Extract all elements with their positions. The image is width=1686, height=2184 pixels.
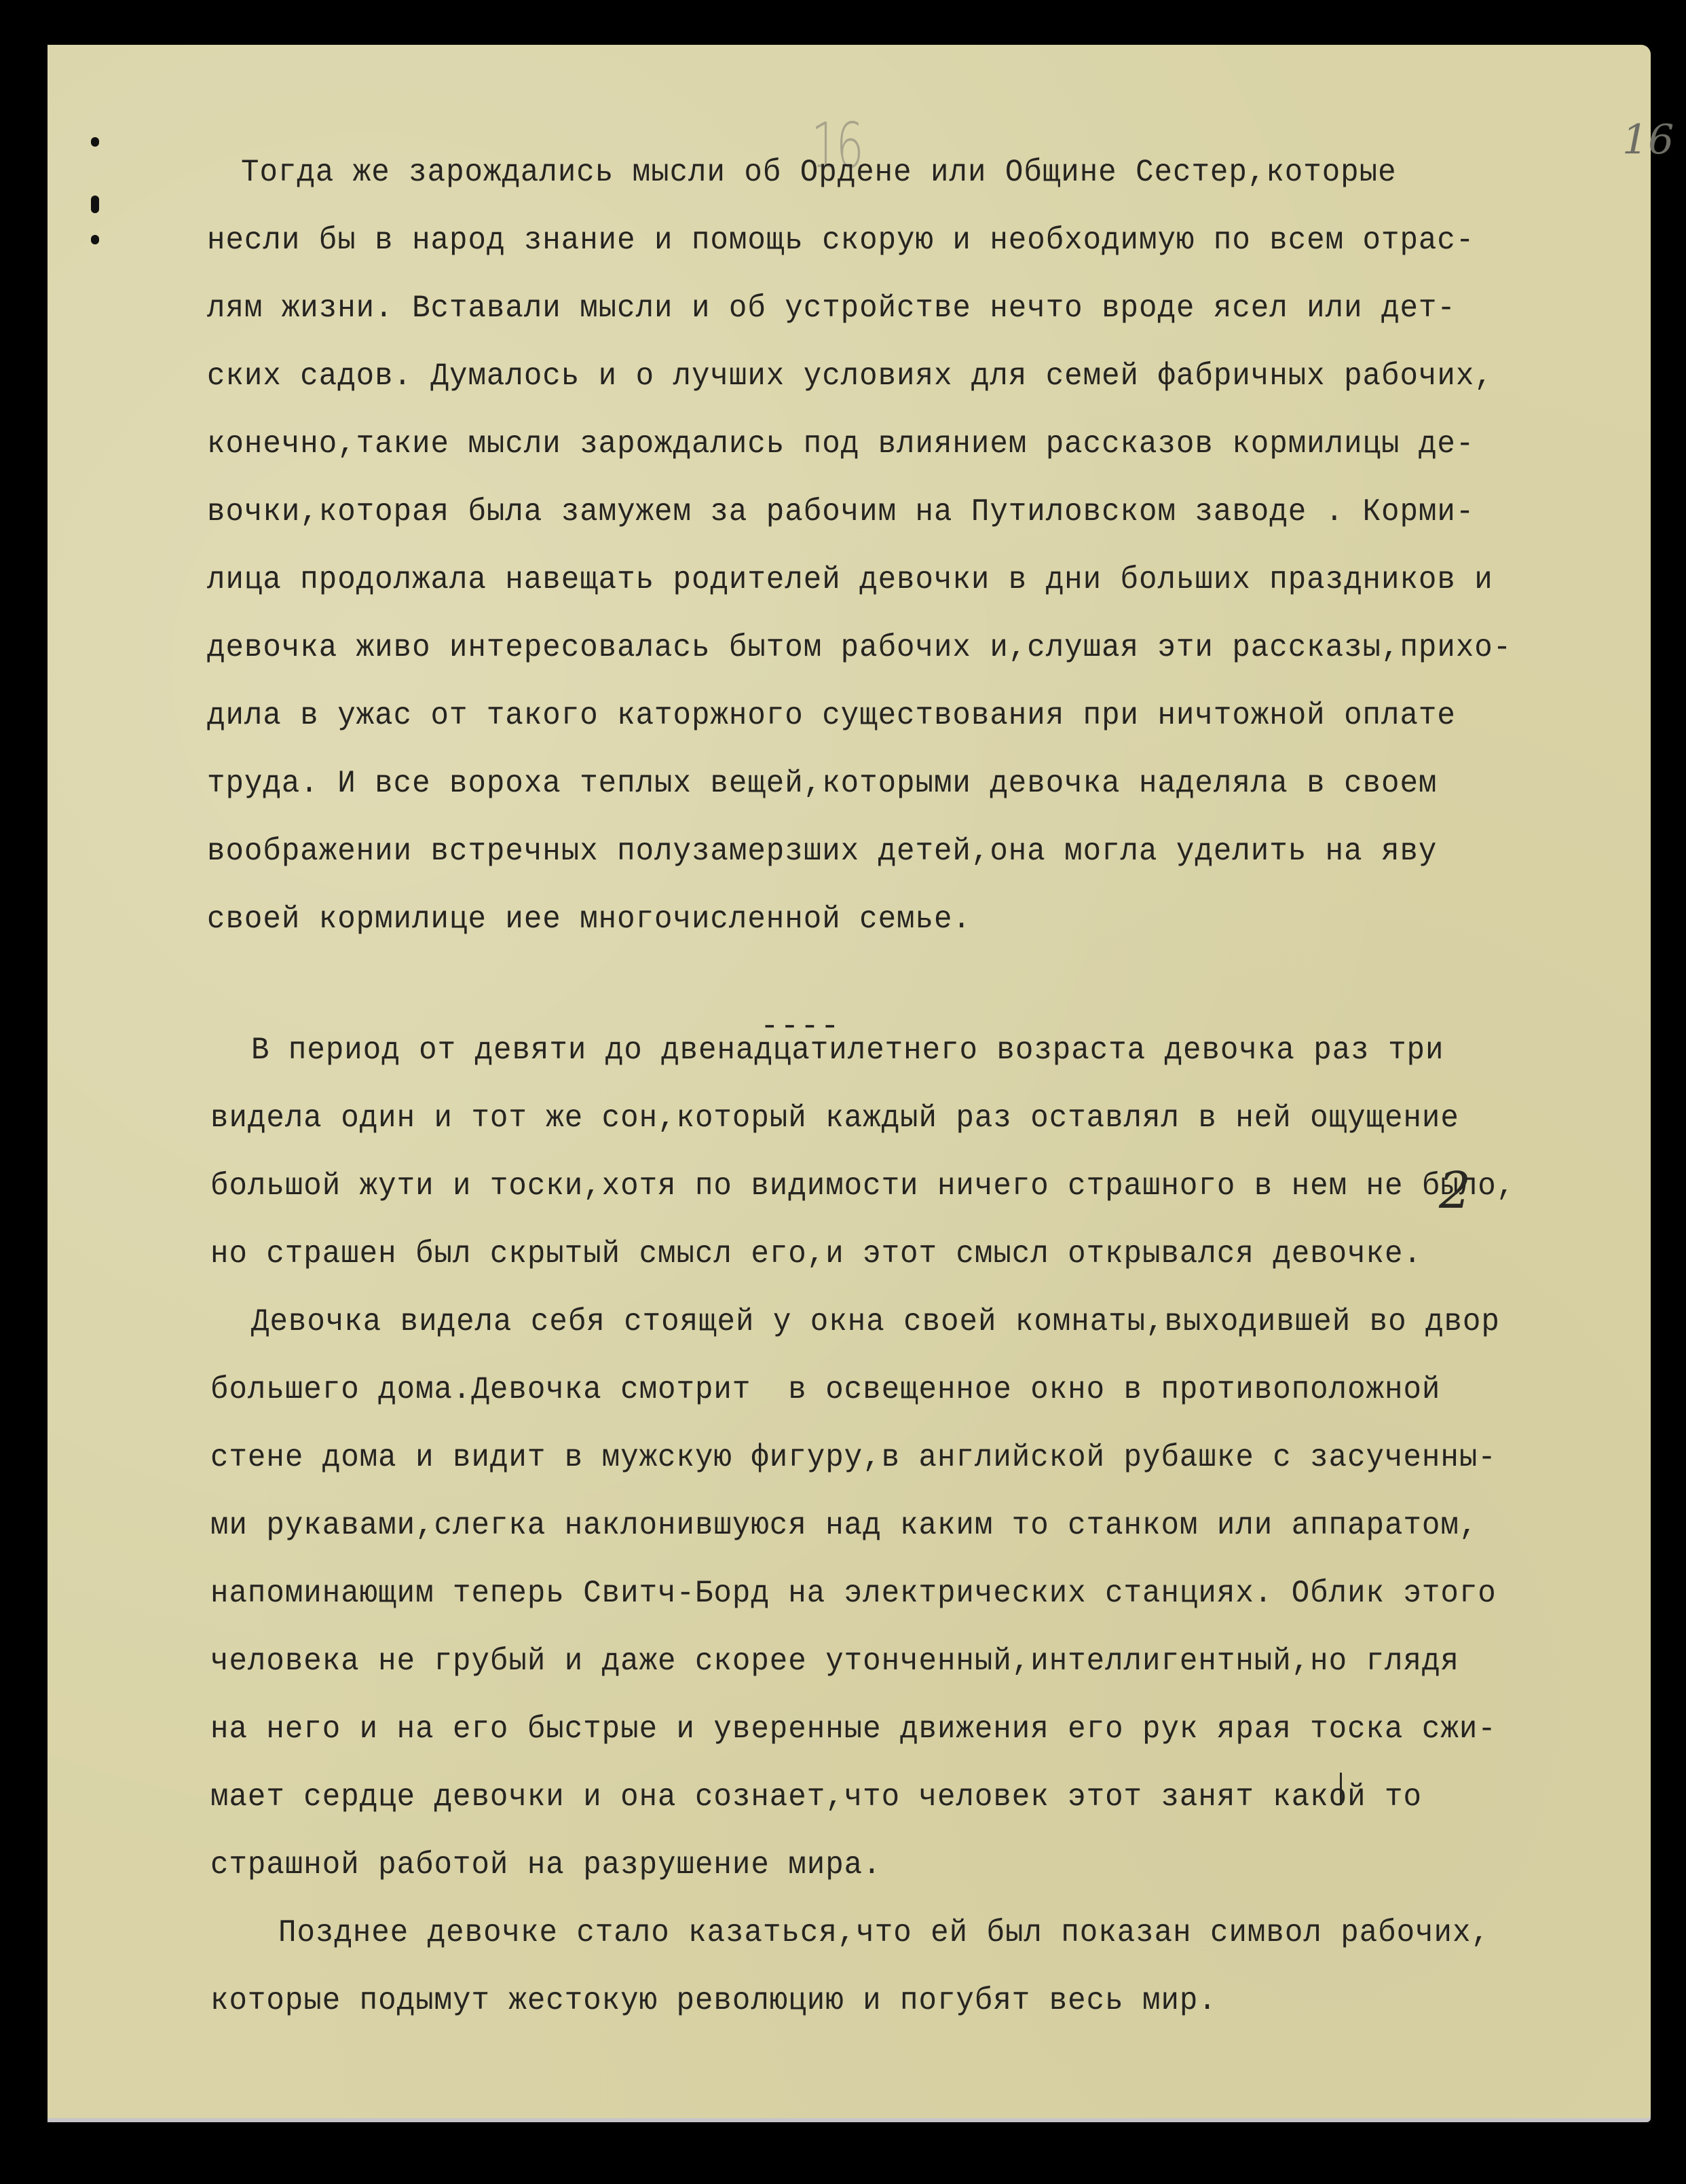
text-line: В период от девяти до двенадцатилетнего … bbox=[251, 1033, 1444, 1068]
punch-hole-mark bbox=[91, 196, 99, 213]
typewritten-page: 16 16 Тогда же зарождались мысли об Орде… bbox=[48, 45, 1651, 2122]
text-line: дила в ужас от такого каторжного существ… bbox=[207, 698, 1456, 733]
text-line: на него и на его быстрые и уверенные дви… bbox=[210, 1711, 1497, 1747]
text-line: вочки,которая была замужем за рабочим на… bbox=[207, 494, 1474, 530]
punch-hole-mark bbox=[91, 137, 99, 147]
text-line: которые подымут жестокую революцию и пог… bbox=[210, 1983, 1217, 2018]
folio-number: 16 bbox=[1622, 116, 1674, 164]
text-line: Тогда же зарождались мысли об Ордене или… bbox=[241, 155, 1397, 190]
text-line: ми рукавами,слегка наклонившуюся над как… bbox=[210, 1508, 1478, 1543]
text-line: стене дома и видит в мужскую фигуру,в ан… bbox=[210, 1440, 1497, 1475]
text-line: лям жизни. Вставали мысли и об устройств… bbox=[207, 291, 1456, 326]
punch-hole-mark bbox=[91, 235, 99, 244]
text-line: но страшен был скрытый смысл его,и этот … bbox=[210, 1236, 1422, 1272]
text-line: Позднее девочке стало казаться,что ей бы… bbox=[278, 1915, 1490, 1950]
text-line: Девочка видела себя стоящей у окна своей… bbox=[251, 1304, 1500, 1339]
text-line: видела один и тот же сон,который каждый … bbox=[210, 1100, 1459, 1136]
text-line: страшной работой на разрушение мира. bbox=[210, 1847, 882, 1883]
text-line: несли бы в народ знание и помощь скорую … bbox=[207, 223, 1474, 258]
text-line: труда. И все вороха теплых вещей,которым… bbox=[207, 766, 1437, 801]
text-line: своей кормилице иее многочисленной семье… bbox=[207, 902, 971, 937]
handwritten-insertion-mark bbox=[1340, 1773, 1342, 1805]
text-line: воображении встречных полузамерзших дете… bbox=[207, 834, 1437, 869]
text-line: лица продолжала навещать родителей девоч… bbox=[207, 562, 1493, 597]
text-line: напоминающим теперь Свитч-Борд на электр… bbox=[210, 1576, 1497, 1611]
text-line: девочка живо интересовалась бытом рабочи… bbox=[207, 630, 1512, 665]
text-line: мает сердце девочки и она сознает,что че… bbox=[210, 1779, 1422, 1815]
text-line: большего дома.Девочка смотрит в освещенн… bbox=[210, 1372, 1440, 1407]
text-line: ских садов. Думалось и о лучших условиях… bbox=[207, 358, 1493, 394]
text-line: человека не грубый и даже скорее утончен… bbox=[210, 1644, 1459, 1679]
text-line: большой жути и тоски,хотя по видимости н… bbox=[210, 1168, 1515, 1204]
handwritten-correction: 2 bbox=[1439, 1162, 1471, 1220]
text-line: конечно,такие мысли зарождались под влия… bbox=[207, 426, 1474, 462]
